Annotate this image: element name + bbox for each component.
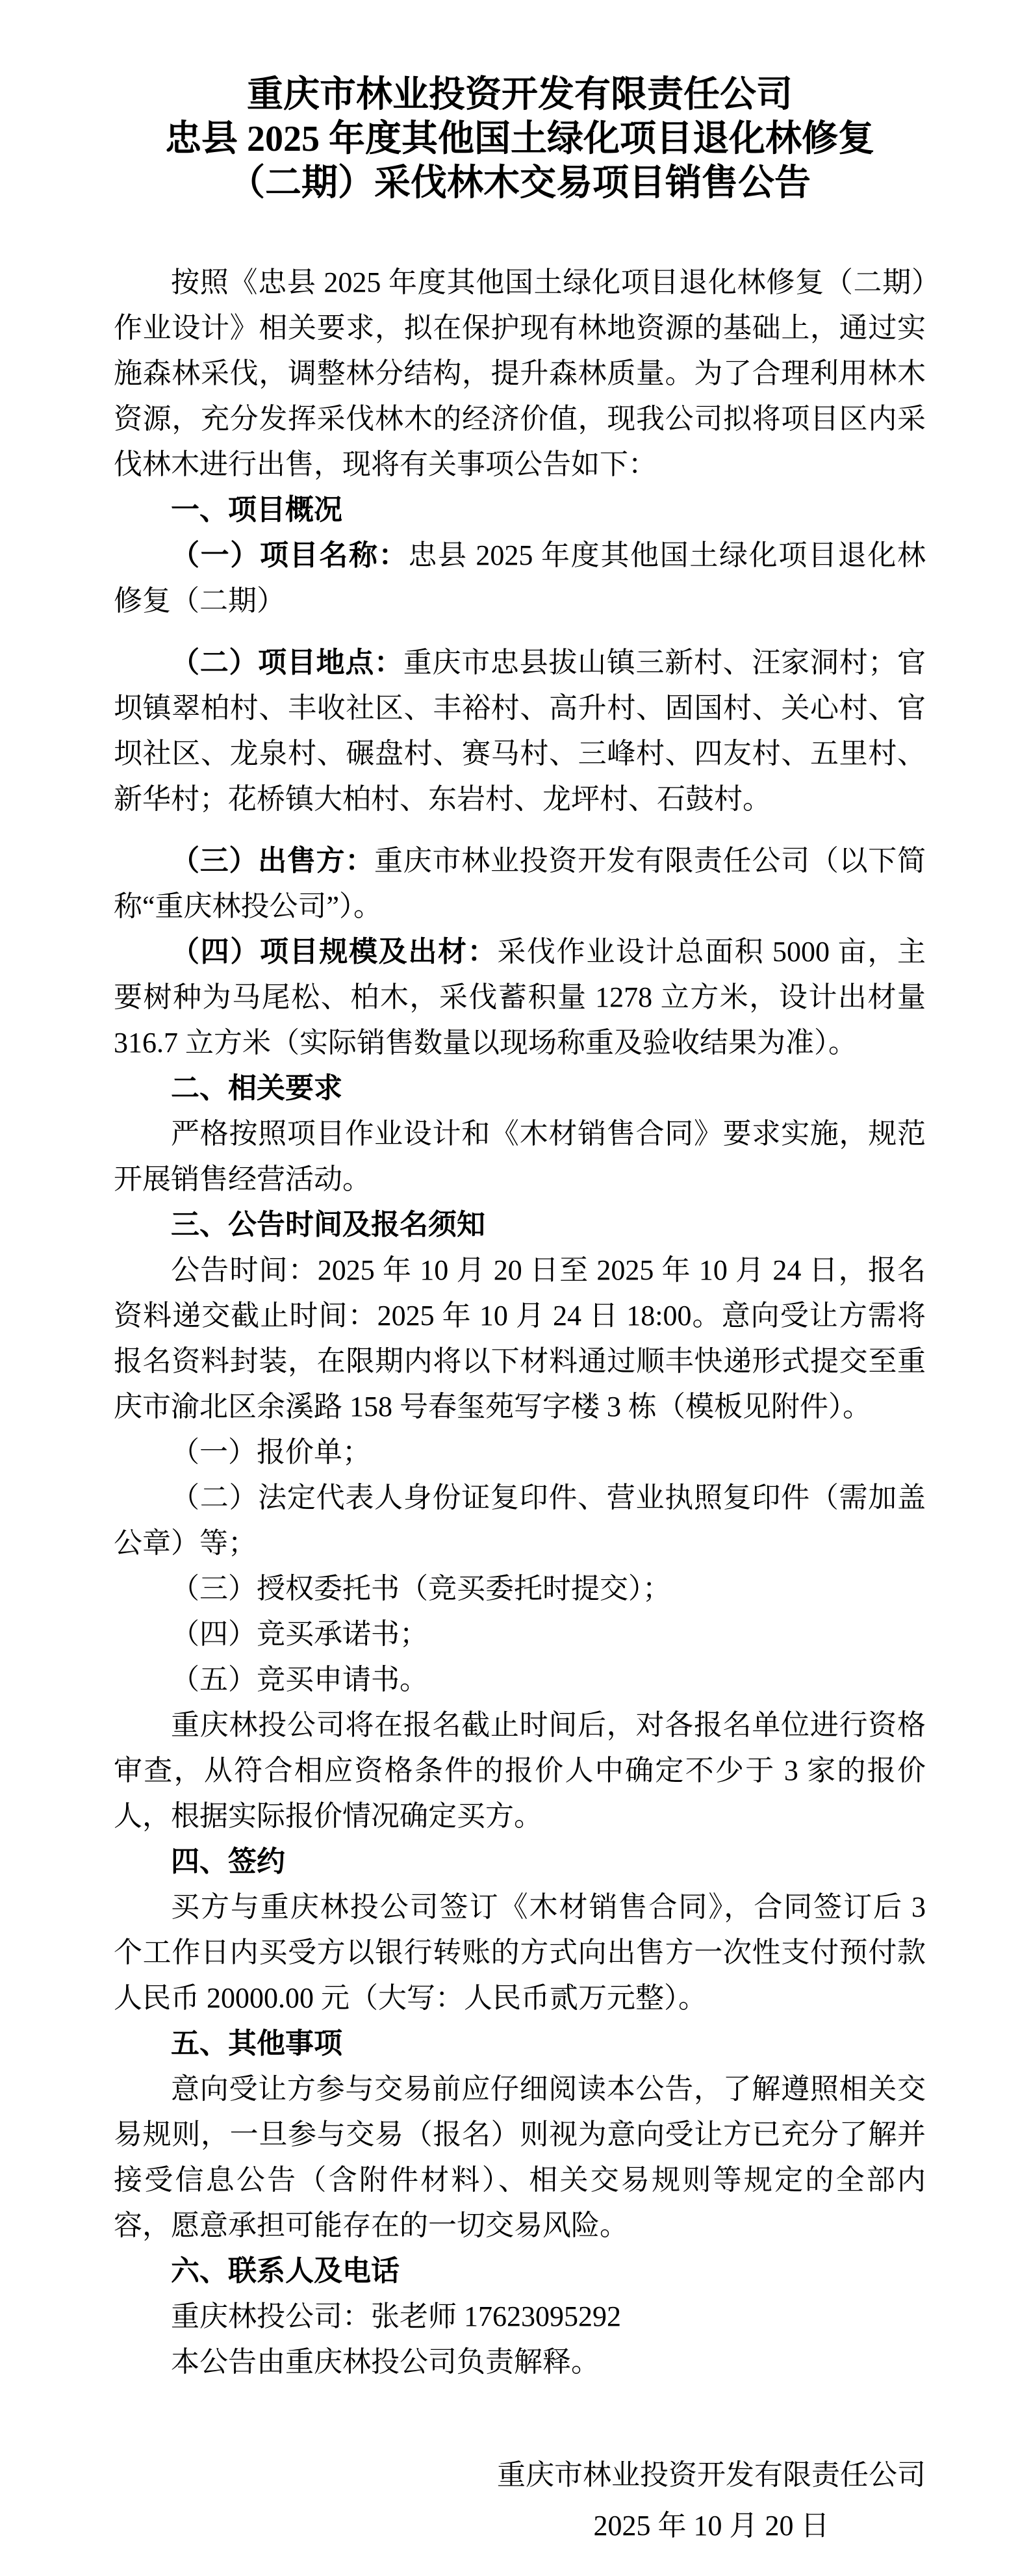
document-body: 按照《忠县 2025 年度其他国土绿化项目退化林修复（二期）作业设计》相关要求，…: [114, 260, 926, 2551]
interpretation-note-paragraph: 本公告由重庆林投公司负责解释。: [114, 2339, 926, 2385]
document-title-line-1: 重庆市林业投资开发有限责任公司: [114, 73, 926, 117]
signature-date: 2025 年 10 月 20 日: [497, 2501, 926, 2551]
material-item-3: （三）授权委托书（竞买委托时提交）；: [114, 1566, 926, 1612]
qualification-review-paragraph: 重庆林投公司将在报名截止时间后，对各报名单位进行资格审查，从符合相应资格条件的报…: [114, 1703, 926, 1839]
contract-paragraph: 买方与重庆林投公司签订《木材销售合同》，合同签订后 3 个工作日内买受方以银行转…: [114, 1885, 926, 2021]
document-title-line-3: （二期）采伐林木交易项目销售公告: [114, 161, 926, 205]
project-location-item: （二）项目地点：重庆市忠县拔山镇三新村、汪家洞村；官坝镇翠柏村、丰收社区、丰裕村…: [114, 640, 926, 822]
document-title-line-2: 忠县 2025 年度其他国土绿化项目退化林修复: [114, 117, 926, 161]
section-6-heading: 六、联系人及电话: [114, 2248, 926, 2294]
project-scale-label: （四）项目规模及出材：: [171, 936, 497, 968]
requirements-paragraph: 严格按照项目作业设计和《木材销售合同》要求实施，规范开展销售经营活动。: [114, 1111, 926, 1202]
section-2-heading: 二、相关要求: [114, 1066, 926, 1111]
seller-item: （三）出售方：重庆市林业投资开发有限责任公司（以下简称“重庆林投公司”）。: [114, 838, 926, 929]
intro-paragraph: 按照《忠县 2025 年度其他国土绿化项目退化林修复（二期）作业设计》相关要求，…: [114, 260, 926, 487]
material-item-1: （一）报价单；: [114, 1430, 926, 1475]
signature-block: 重庆市林业投资开发有限责任公司 2025 年 10 月 20 日: [114, 2450, 926, 2551]
contact-paragraph: 重庆林投公司：张老师 17623095292: [114, 2294, 926, 2339]
seller-label: （三）出售方：: [171, 845, 374, 877]
section-1-heading: 一、项目概况: [114, 487, 926, 533]
material-item-4: （四）竞买承诺书；: [114, 1612, 926, 1657]
project-location-label: （二）项目地点：: [171, 647, 403, 678]
other-matters-paragraph: 意向受让方参与交易前应仔细阅读本公告，了解遵照相关交易规则，一旦参与交易（报名）…: [114, 2067, 926, 2248]
material-item-2: （二）法定代表人身份证复印件、营业执照复印件（需加盖公章）等；: [114, 1475, 926, 1566]
signature-inner: 重庆市林业投资开发有限责任公司 2025 年 10 月 20 日: [497, 2450, 926, 2551]
section-3-heading: 三、公告时间及报名须知: [114, 1202, 926, 1248]
signature-company: 重庆市林业投资开发有限责任公司: [497, 2450, 926, 2501]
section-5-heading: 五、其他事项: [114, 2021, 926, 2067]
section-4-heading: 四、签约: [114, 1839, 926, 1885]
material-item-5: （五）竞买申请书。: [114, 1657, 926, 1703]
announcement-time-paragraph: 公告时间：2025 年 10 月 20 日至 2025 年 10 月 24 日，…: [114, 1248, 926, 1430]
document-page: 重庆市林业投资开发有限责任公司 忠县 2025 年度其他国土绿化项目退化林修复 …: [0, 0, 1031, 2576]
project-name-item: （一）项目名称：忠县 2025 年度其他国土绿化项目退化林修复（二期）: [114, 533, 926, 624]
project-scale-item: （四）项目规模及出材：采伐作业设计总面积 5000 亩，主要树种为马尾松、柏木，…: [114, 929, 926, 1066]
project-name-label: （一）项目名称：: [171, 539, 408, 571]
document-title: 重庆市林业投资开发有限责任公司 忠县 2025 年度其他国土绿化项目退化林修复 …: [114, 73, 926, 205]
